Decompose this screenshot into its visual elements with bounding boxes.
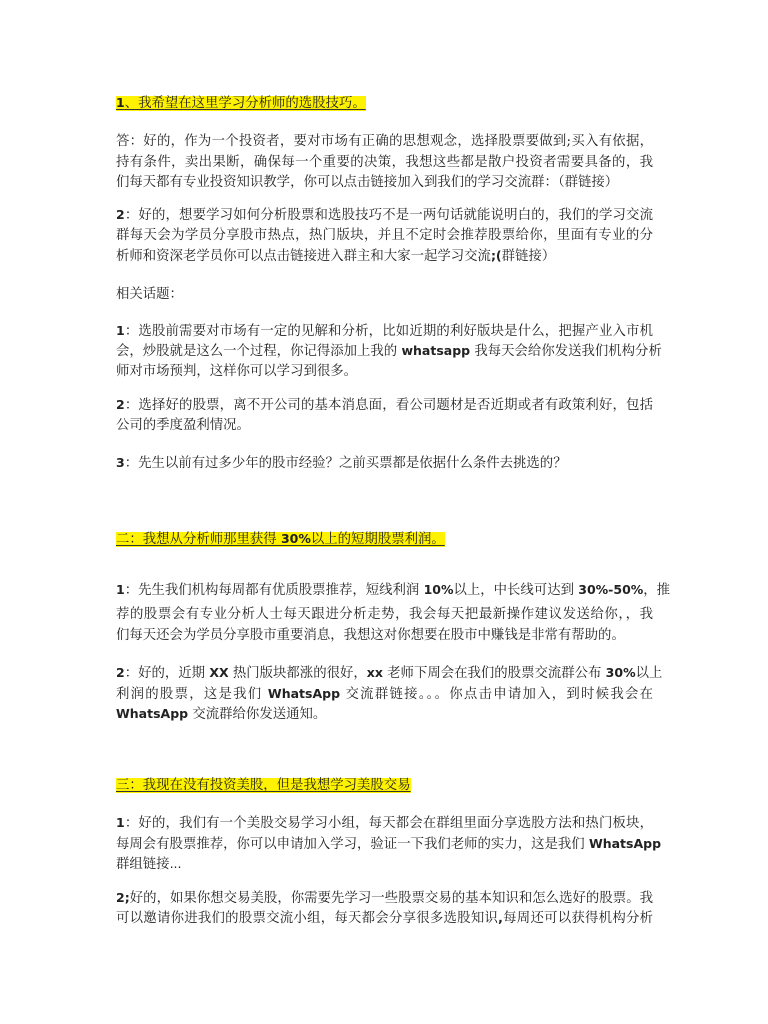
- answer-line-3: 们每天都有专业投资知识教学，你可以点击链接加入到我们的学习交流群：（群链接）: [116, 173, 653, 193]
- related-3-line-1: 3：先生以前有过多少年的股市经验？之前买票都是依据什么条件去挑选的？: [116, 453, 653, 473]
- line-text: 可以邀请你进我们的股票交流小组，每天都会分享很多选股知识: [116, 911, 498, 926]
- section-3-heading: 三：我现在没有投资美股，但是我想学习美股交易: [116, 776, 411, 796]
- line-text: 我每天会给你发送我们机构分析: [470, 344, 662, 359]
- line-text: 每周会有股票推荐，你可以申请加入学习，验证一下我们老师的实力，这是我们: [116, 837, 589, 852]
- answer-line-1: 答：好的，作为一个投资者，要对市场有正确的思想观念，选择股票要做到;买入有依据，: [116, 132, 653, 152]
- highlighted-heading: 二：我想从分析师那里获得 30%以上的短期股票利润。: [116, 532, 445, 547]
- item-number: 1: [116, 323, 125, 338]
- line-text: 每周还可以获得机构分析: [503, 911, 653, 926]
- item-number: 2: [116, 397, 125, 412]
- heading-number: 1: [116, 95, 125, 110]
- s2-answer-1-line-2: 荐的股票会有专业分析人士每天跟进分析走势，我会每天把最新操作建议发送给你，，我: [116, 605, 653, 625]
- answer-2-line-3: 析师和资深老学员你可以点击链接进入群主和大家一起学习交流;(群链接）: [116, 246, 653, 266]
- heading-text: 以上的短期股票利润。: [311, 532, 445, 547]
- heading-text: 、我希望在这里学习分析师的选股技巧。: [125, 96, 366, 111]
- line-text: 以上: [636, 666, 663, 681]
- heading-percent: 30%: [281, 531, 311, 546]
- line-text: ：好的，近期: [125, 666, 210, 681]
- punct: ;(: [491, 248, 502, 263]
- line-text: 析师和资深老学员你可以点击链接进入群主和大家一起学习交流: [116, 249, 491, 264]
- line-text: 交流群链接。。。你点击申请加入，到时候我会在: [340, 687, 653, 702]
- ellipsis: ...: [170, 856, 182, 871]
- document-page: 1、我希望在这里学习分析师的选股技巧。 答：好的，作为一个投资者，要对市场有正确…: [0, 0, 768, 1024]
- answer-2-line-1: 2：好的，想要学习如何分析股票和选股技巧不是一两句话就能说明白的，我们的学习交流: [116, 205, 653, 225]
- s3-answer-1-line-3: 群组链接...: [116, 854, 653, 874]
- related-1-line-2: 会，炒股就是这么一个过程，你记得添加上我的 whatsapp 我每天会给你发送我…: [116, 341, 653, 361]
- s2-answer-2-line-2: 利润的股票，这是我们 WhatsApp 交流群链接。。。你点击申请加入，到时候我…: [116, 684, 653, 704]
- related-topics-label: 相关话题：: [116, 285, 653, 305]
- item-number: 1: [116, 815, 125, 830]
- whatsapp-text: WhatsApp: [589, 836, 661, 851]
- percent-range-text: 30%-50%: [578, 582, 643, 597]
- percent-text: 30%: [606, 665, 636, 680]
- highlighted-heading: 三：我现在没有投资美股，但是我想学习美股交易: [116, 778, 411, 793]
- whatsapp-text: WhatsApp: [268, 686, 340, 701]
- item-number: 2;: [116, 890, 130, 905]
- whatsapp-text: whatsapp: [401, 343, 470, 358]
- section-1-heading: 1、我希望在这里学习分析师的选股技巧。: [116, 93, 366, 113]
- line-text: 好的，如果你想交易美股，你需要先学习一些股票交易的基本知识和怎么选好的股票。我: [130, 891, 653, 906]
- answer-line-2: 持有条件，卖出果断，确保每一个重要的决策，我想这些都是散户投资者需要具备的，我: [116, 153, 653, 173]
- s3-answer-2-line-1: 2;好的，如果你想交易美股，你需要先学习一些股票交易的基本知识和怎么选好的股票。…: [116, 888, 653, 908]
- line-text: 群组链接: [116, 857, 170, 872]
- xx-text: XX: [209, 665, 228, 680]
- section-2-heading: 二：我想从分析师那里获得 30%以上的短期股票利润。: [116, 529, 445, 549]
- s3-answer-2-line-2: 可以邀请你进我们的股票交流小组，每天都会分享很多选股知识,每周还可以获得机构分析: [116, 908, 653, 928]
- s2-answer-2-line-3: WhatsApp 交流群给你发送通知。: [116, 704, 653, 724]
- xx-text: xx: [367, 665, 383, 680]
- line-text: 会，炒股就是这么一个过程，你记得添加上我的: [116, 344, 401, 359]
- line-text: ：好的，我们有一个美股交易学习小组，每天都会在群组里面分享选股方法和热门板块，: [125, 816, 653, 831]
- line-text: 交流群给你发送通知。: [188, 707, 326, 722]
- line-text: ：选择好的股票，离不开公司的基本消息面，看公司题材是否近期或者有政策利好，包括: [125, 398, 653, 413]
- line-text: 热门版块都涨的很好，: [229, 666, 367, 681]
- item-number: 1: [116, 582, 125, 597]
- whatsapp-text: WhatsApp: [116, 706, 188, 721]
- s3-answer-1-line-2: 每周会有股票推荐，你可以申请加入学习，验证一下我们老师的实力，这是我们 What…: [116, 834, 653, 854]
- heading-text: 二：我想从分析师那里获得: [116, 532, 281, 547]
- line-text: ：先生以前有过多少年的股市经验？之前买票都是依据什么条件去挑选的？: [125, 456, 567, 471]
- highlighted-heading: 1、我希望在这里学习分析师的选股技巧。: [116, 96, 366, 111]
- item-number: 3: [116, 455, 125, 470]
- percent-text: 10%: [424, 582, 454, 597]
- related-2-line-1: 2：选择好的股票，离不开公司的基本消息面，看公司题材是否近期或者有政策利好，包括: [116, 395, 653, 415]
- related-2-line-2: 公司的季度盈利情况。: [116, 416, 653, 436]
- line-text: 老师下周会在我们的股票交流群公布: [383, 666, 606, 681]
- s2-answer-1-line-1: 1：先生我们机构每周都有优质股票推荐，短线利润 10%以上，中长线可达到 30%…: [116, 580, 653, 600]
- related-1-line-1: 1：选股前需要对市场有一定的见解和分析，比如近期的利好版块是什么，把握产业入市机: [116, 321, 653, 341]
- line-text: ，推: [643, 583, 670, 598]
- line-text: 利润的股票，这是我们: [116, 687, 268, 702]
- item-number: 2: [116, 665, 125, 680]
- related-1-line-3: 师对市场预判，这样你可以学习到很多。: [116, 362, 653, 382]
- s2-answer-2-line-1: 2：好的，近期 XX 热门版块都涨的很好，xx 老师下周会在我们的股票交流群公布…: [116, 663, 653, 683]
- group-link-text: 群链接）: [502, 249, 556, 264]
- line-text: ：好的，想要学习如何分析股票和选股技巧不是一两句话就能说明白的，我们的学习交流: [125, 208, 653, 223]
- s2-answer-1-line-3: 们每天还会为学员分享股市重要消息，我想这对你想要在股市中赚钱是非常有帮助的。: [116, 626, 653, 646]
- s3-answer-1-line-1: 1：好的，我们有一个美股交易学习小组，每天都会在群组里面分享选股方法和热门板块，: [116, 813, 653, 833]
- line-text: ：选股前需要对市场有一定的见解和分析，比如近期的利好版块是什么，把握产业入市机: [125, 324, 653, 339]
- item-number: 2: [116, 207, 125, 222]
- line-text: ：先生我们机构每周都有优质股票推荐，短线利润: [125, 583, 424, 598]
- line-text: 以上，中长线可达到: [453, 583, 578, 598]
- answer-2-line-2: 群每天会为学员分享股市热点，热门版块，并且不定时会推荐股票给你，里面有专业的分: [116, 226, 653, 246]
